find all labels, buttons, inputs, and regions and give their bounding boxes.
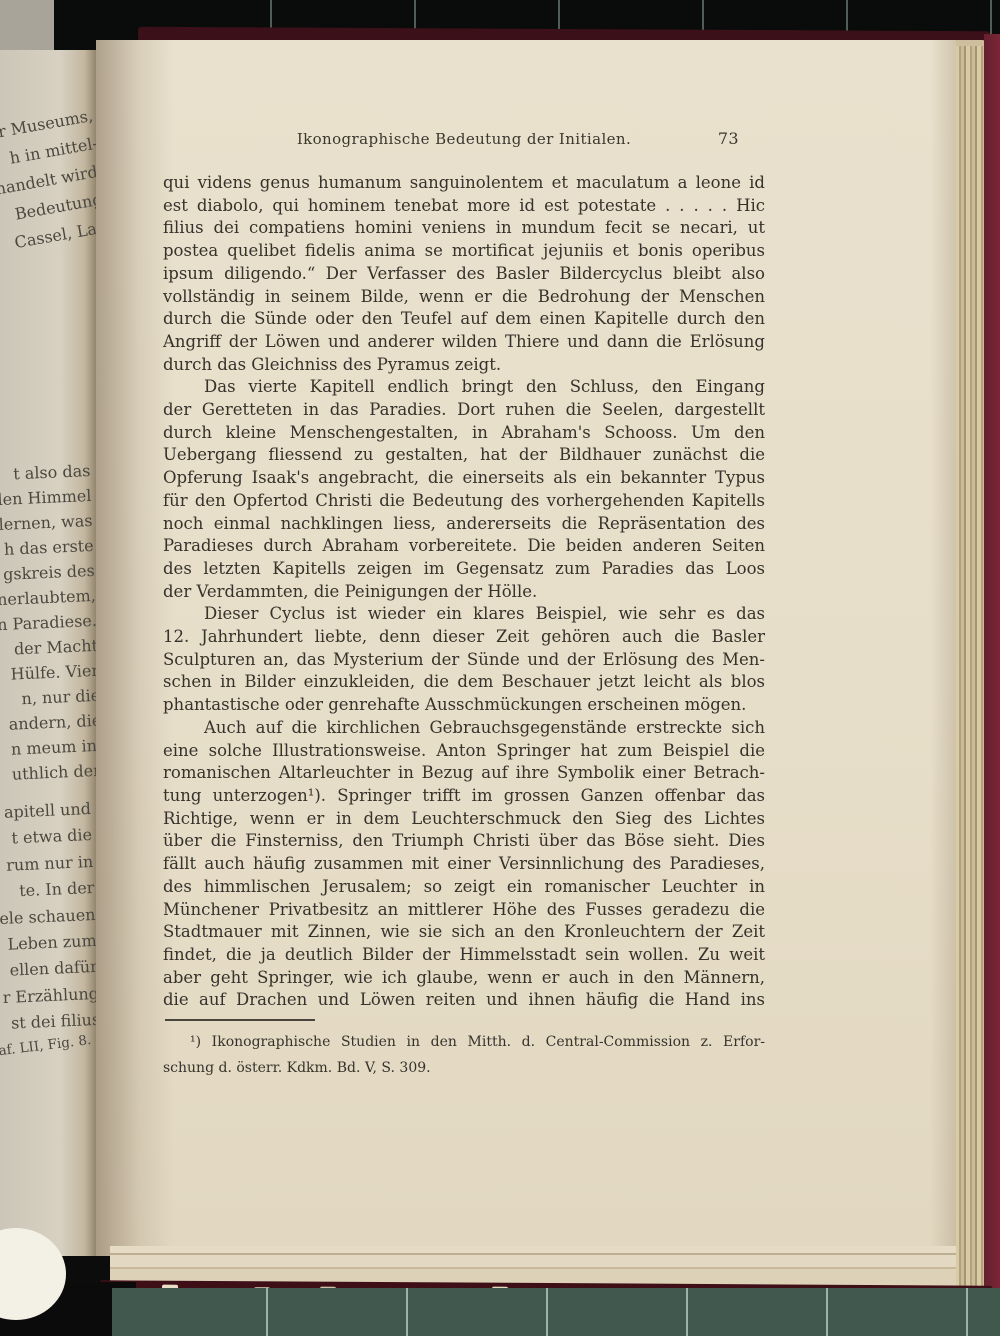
left-page-fragments-top: er Museums,h in mittel-handelt wird.Bede…	[0, 102, 96, 259]
running-head: Ikonographische Bedeutung der Initialen.…	[163, 130, 765, 156]
text-line: Uebergang fliessend zu gestalten, hat de…	[163, 444, 765, 467]
book-cover-edge-right	[984, 34, 1000, 1298]
text-line: Sculpturen an, das Mysterium der Sünde u…	[163, 649, 765, 672]
left-page-fragment: t etwa die	[0, 822, 92, 853]
text-line: est diabolo, qui hominem tenebat more id…	[163, 195, 765, 218]
text-line: fällt auch häufig zusammen mit einer Ver…	[163, 853, 765, 876]
left-page-fragment: uthlich den	[3, 758, 96, 787]
text-line: Das vierte Kapitell endlich bringt den S…	[163, 376, 765, 399]
text-line: durch das Gleichniss des Pyramus zeigt.	[163, 354, 765, 377]
footnote-rule	[165, 1019, 315, 1021]
body-text: qui videns genus humanum sanguinolentem …	[163, 172, 765, 1081]
text-line: ipsum diligendo.“ Der Verfasser des Basl…	[163, 263, 765, 286]
text-line: 12. Jahrhundert liebte, denn dieser Zeit…	[163, 626, 765, 649]
running-head-title: Ikonographische Bedeutung der Initialen.	[163, 130, 765, 148]
left-page-fragment: r Erzählung	[2, 981, 96, 1012]
page-content: Ikonographische Bedeutung der Initialen.…	[163, 130, 765, 156]
text-line: Richtige, wenn er in dem Leuchterschmuck…	[163, 808, 765, 831]
text-line: Auch auf die kirchlichen Gebrauchsgegens…	[163, 717, 765, 740]
text-line: Stadtmauer mit Zinnen, wie sie sich an d…	[163, 921, 765, 944]
text-line: über die Finsterniss, den Triumph Christ…	[163, 830, 765, 853]
footnote-line: ¹) Ikonographische Studien in den Mitth.…	[163, 1029, 765, 1055]
footnote: ¹) Ikonographische Studien in den Mitth.…	[163, 1029, 765, 1081]
text-line: für den Opfertod Christi die Bedeutung d…	[163, 490, 765, 513]
text-line: Dieser Cyclus ist wieder ein klares Beis…	[163, 603, 765, 626]
footnote-line: schung d. österr. Kdkm. Bd. V, S. 309.	[163, 1055, 765, 1081]
body-lines: qui videns genus humanum sanguinolentem …	[163, 172, 765, 1012]
text-line: romanischen Altarleuchter in Bezug auf i…	[163, 762, 765, 785]
text-line: tung unterzogen¹). Springer trifft im gr…	[163, 785, 765, 808]
left-page-fragment: te. In der	[0, 875, 95, 906]
left-page-fragments-middle: t also dasden Himmellernen, wash das ers…	[0, 458, 96, 787]
text-line: durch kleine Menschengestalten, in Abrah…	[163, 422, 765, 445]
page-number: 73	[718, 129, 739, 148]
book-photo: er Museums,h in mittel-handelt wird.Bede…	[0, 0, 1000, 1336]
text-line: filius dei compatiens homini veniens in …	[163, 217, 765, 240]
left-page-fragment: ellen dafür	[1, 954, 96, 985]
text-line: eine solche Illustrationsweise. Anton Sp…	[163, 740, 765, 763]
text-line: Münchener Privatbesitz an mittlerer Höhe…	[163, 899, 765, 922]
left-page-fragment: Leben zum	[0, 928, 96, 959]
text-line: durch die Sünde oder den Teufel auf dem …	[163, 308, 765, 331]
text-line: aber geht Springer, wie ich glaube, wenn…	[163, 967, 765, 990]
text-line: der Verdammten, die Peinigungen der Höll…	[163, 581, 765, 604]
text-line: des letzten Kapitells zeigen im Gegensat…	[163, 558, 765, 581]
text-line: vollständig in seinem Bilde, wenn er die…	[163, 286, 765, 309]
text-line: Paradieses durch Abraham vorbereitete. D…	[163, 535, 765, 558]
text-line: schen in Bilder einzukleiden, die dem Be…	[163, 671, 765, 694]
left-page-fragments-lower: apitell undt etwa dierum nur inte. In de…	[0, 796, 96, 1038]
text-line: qui videns genus humanum sanguinolentem …	[163, 172, 765, 195]
text-line: der Geretteten in das Paradies. Dort ruh…	[163, 399, 765, 422]
text-line: des himmlischen Jerusalem; so zeigt ein …	[163, 876, 765, 899]
text-line: Opferung Isaak's angebracht, die einerse…	[163, 467, 765, 490]
left-page: er Museums,h in mittel-handelt wird.Bede…	[0, 50, 96, 1256]
text-line: phantastische oder genrehafte Ausschmück…	[163, 694, 765, 717]
text-line: findet, die ja deutlich Bilder der Himme…	[163, 944, 765, 967]
text-line: Angriff der Löwen und anderer wilden Thi…	[163, 331, 765, 354]
text-line: noch einmal nachklingen liess, andererse…	[163, 513, 765, 536]
tile-background-bottom	[112, 1288, 1000, 1336]
text-line: postea quelibet fidelis anima se mortifi…	[163, 240, 765, 263]
text-line: die auf Drachen und Löwen reiten und ihn…	[163, 989, 765, 1012]
